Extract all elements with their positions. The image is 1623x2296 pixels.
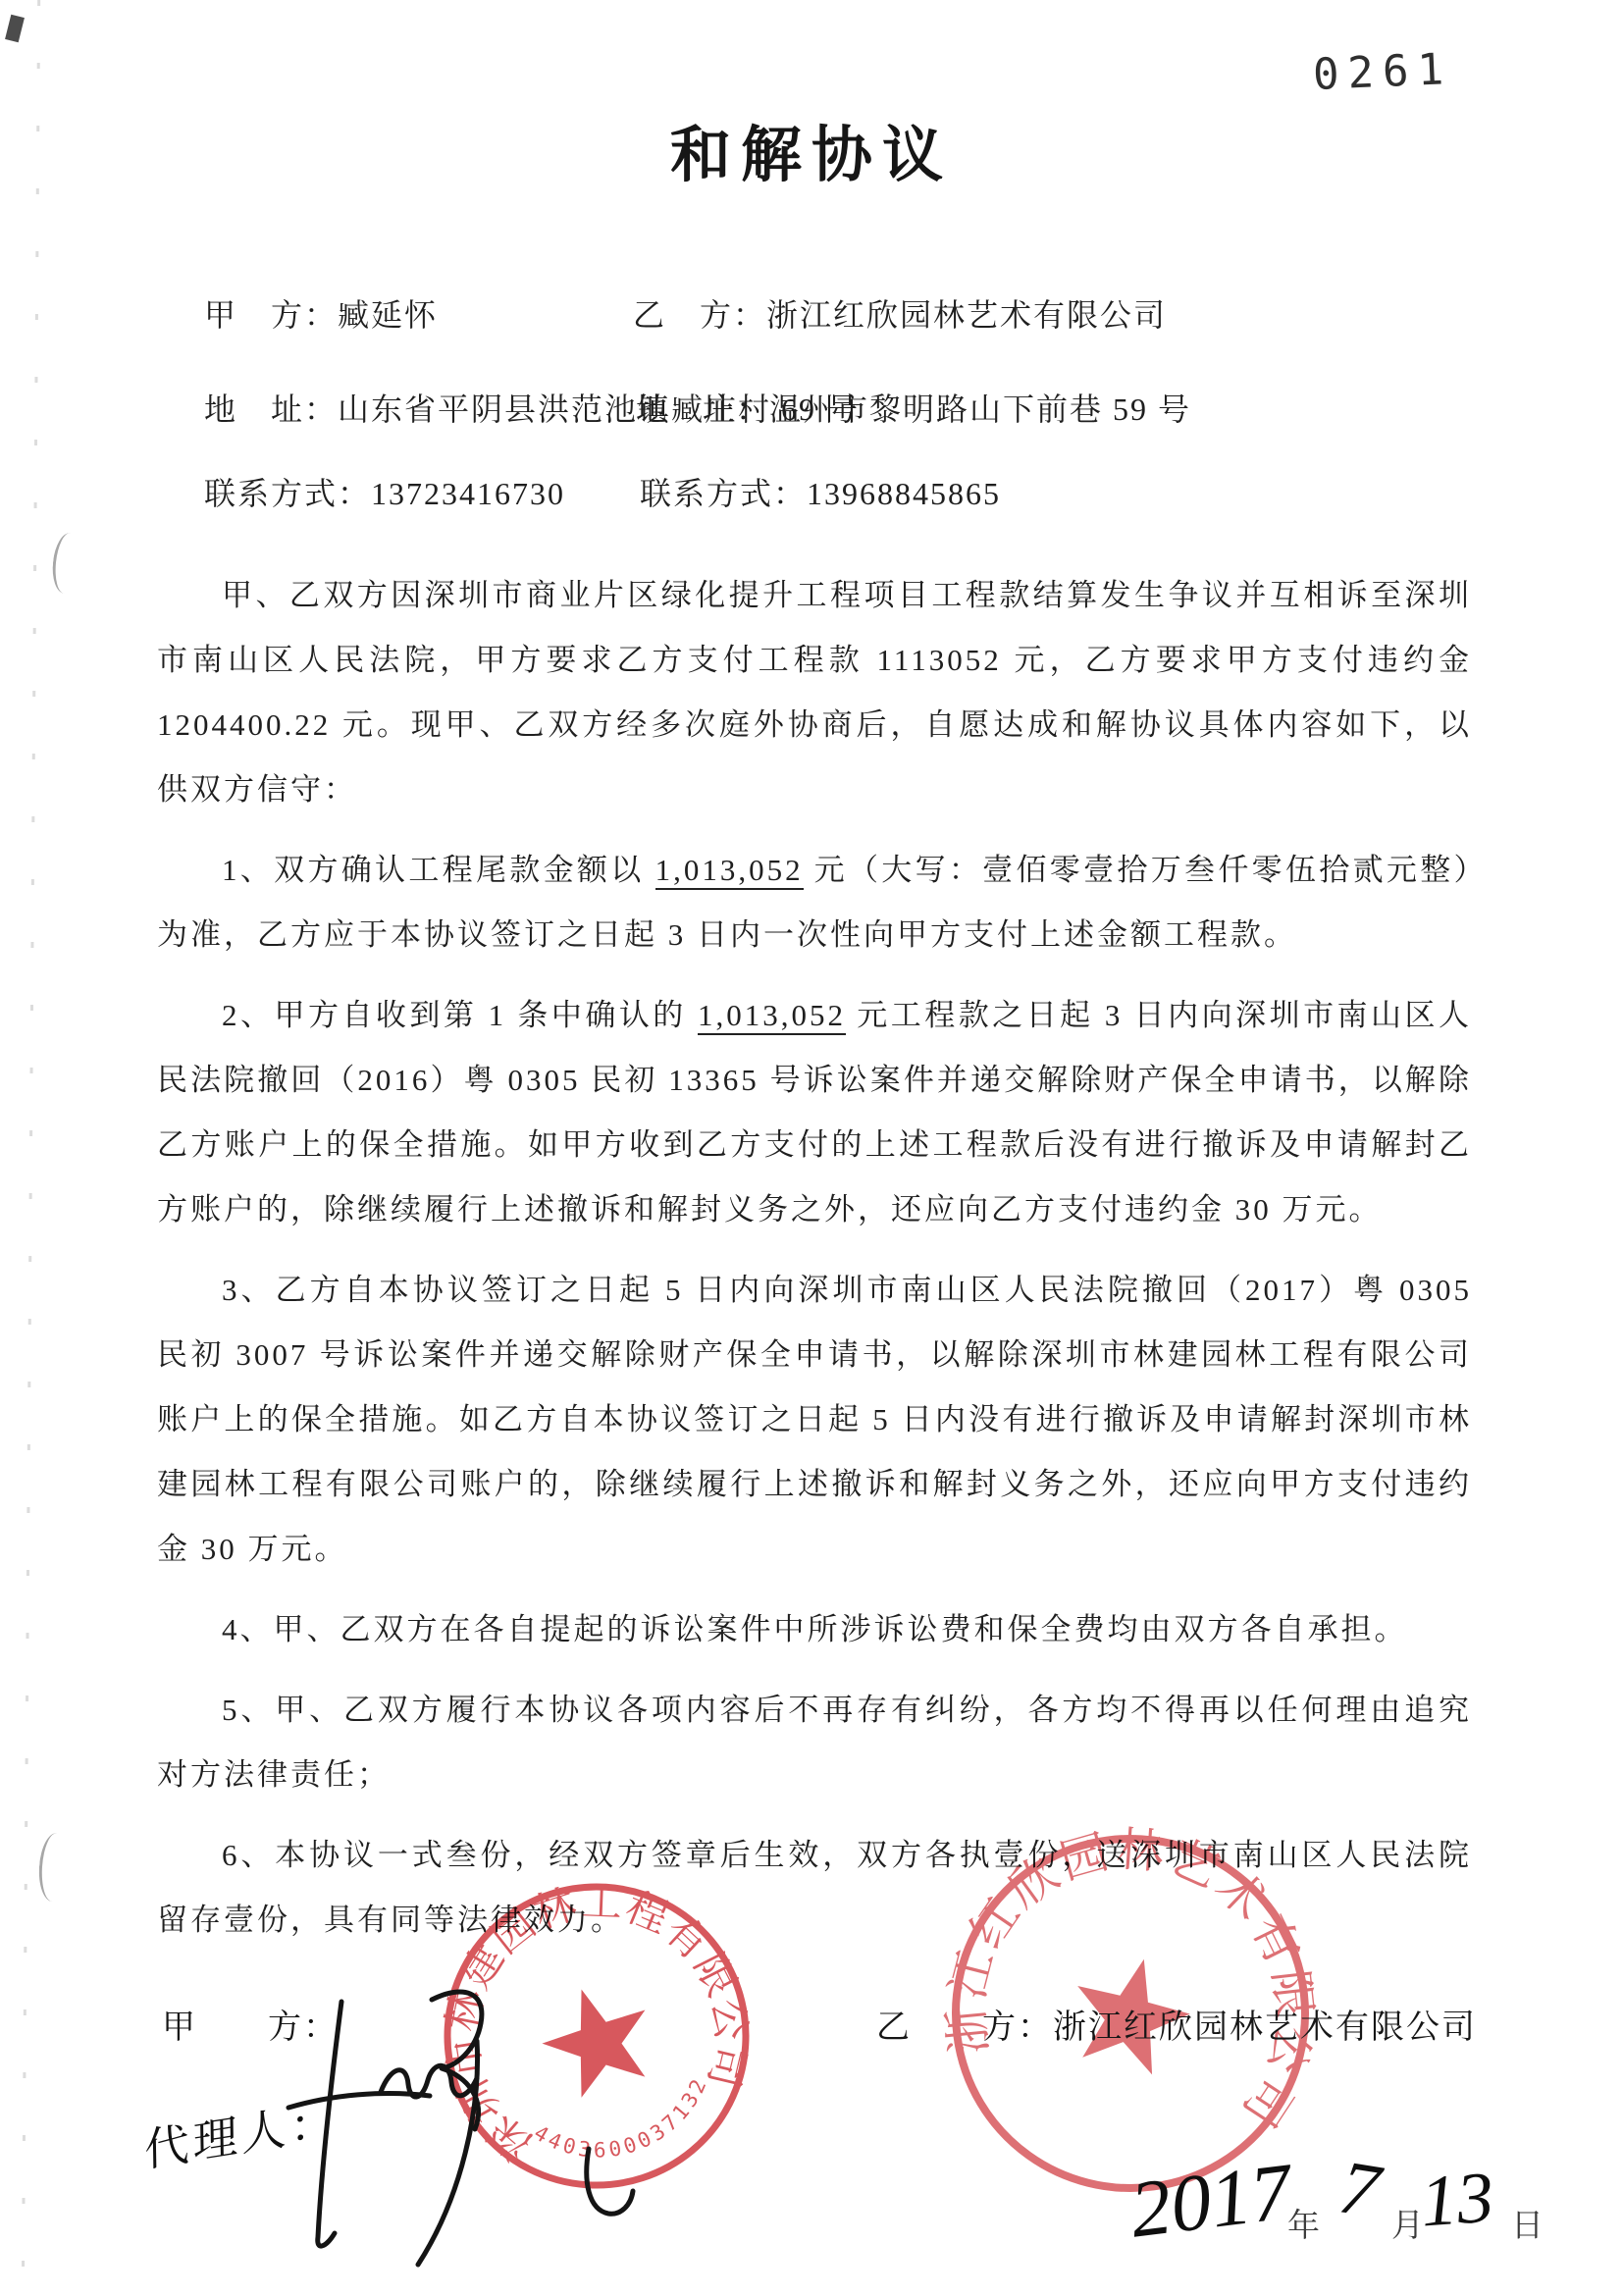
year-suffix: 年 [1287, 2200, 1320, 2246]
party-b-signature-row: 乙 方：浙江红欣园林艺术有限公司 [876, 2000, 1477, 2048]
scanned-settlement-agreement-page: 0261 和解协议 甲 方：臧延怀 乙 方：浙江红欣园林艺术有限公司 地 址：山… [0, 0, 1623, 2296]
intro-paragraph: 甲、乙双方因深圳市商业片区绿化提升工程项目工程款结算发生争议并互相诉至深圳市南山… [157, 563, 1472, 822]
handwritten-day: 13 [1418, 2157, 1496, 2245]
party-a-contact-row: 联系方式：13723416730 [204, 469, 565, 514]
party-a-address-label: 地 址： [204, 391, 338, 427]
scan-artifact-paren [50, 532, 84, 596]
party-b-address: 温州市黎明路山下前巷 59 号 [769, 391, 1191, 427]
month-suffix: 月 [1391, 2200, 1424, 2246]
party-b-name-row: 乙 方：浙江红欣园林艺术有限公司 [633, 290, 1167, 336]
party-b-signature-name: 浙江红欣园林艺术有限公司 [1053, 2009, 1477, 2046]
clause-2: 2、甲方自收到第 1 条中确认的 1,013,052 元工程款之日起 3 日内向… [157, 983, 1472, 1242]
party-b-address-label: 地 址： [636, 391, 769, 427]
party-a-name-row: 甲 方：臧延怀 [204, 290, 438, 336]
party-b-contact-row: 联系方式：13968845865 [640, 469, 1001, 514]
party-a-name: 臧延怀 [338, 297, 438, 333]
clause-1-underlined-amount: 1,013,052 [655, 853, 804, 890]
clause-1: 1、双方确认工程尾款金额以 1,013,052 元（大写：壹佰零壹拾万叁仟零伍拾… [157, 838, 1472, 967]
party-a-handwritten-signature [224, 1980, 754, 2294]
clause-4: 4、甲、乙双方在各自提起的诉讼案件中所涉诉讼费和保全费均由双方各自承担。 [157, 1597, 1472, 1662]
scan-corner-mark [5, 15, 25, 43]
party-a-contact: 13723416730 [371, 476, 565, 511]
party-b-name: 浙江红欣园林艺术有限公司 [766, 297, 1167, 333]
clause-1-text: 1、双方确认工程尾款金额以 [222, 853, 655, 887]
clause-3: 3、乙方自本协议签订之日起 5 日内向深圳市南山区人民法院撤回（2017）粤 0… [157, 1258, 1472, 1582]
party-b-contact: 13968845865 [807, 476, 1001, 511]
party-a-role-label: 甲 方： [204, 297, 338, 333]
clause-5: 5、甲、乙双方履行本协议各项内容后不再存有纠纷，各方均不得再以任何理由追究对方法… [157, 1678, 1472, 1807]
agreement-body: 甲、乙双方因深圳市商业片区绿化提升工程项目工程款结算发生争议并互相诉至深圳市南山… [157, 563, 1472, 1968]
party-a-contact-label: 联系方式： [204, 476, 371, 511]
handwritten-year: 2017 [1126, 2145, 1296, 2256]
party-b-address-row: 地 址：温州市黎明路山下前巷 59 号 [636, 385, 1191, 430]
party-b-role-label: 乙 方： [633, 297, 766, 333]
handwritten-month: 7 [1334, 2143, 1386, 2236]
day-suffix: 日 [1511, 2200, 1544, 2246]
party-b-contact-label: 联系方式： [640, 476, 807, 511]
party-b-signature-label: 乙 方： [876, 2009, 1053, 2046]
document-title: 和解协议 [0, 106, 1623, 193]
clause-2-underlined-amount: 1,013,052 [698, 998, 846, 1035]
clause-2-text: 2、甲方自收到第 1 条中确认的 [222, 998, 698, 1032]
scan-edge-marks [22, 0, 40, 2296]
scan-artifact-paren [37, 1832, 73, 1903]
page-number-stamp: 0261 [1312, 44, 1453, 100]
